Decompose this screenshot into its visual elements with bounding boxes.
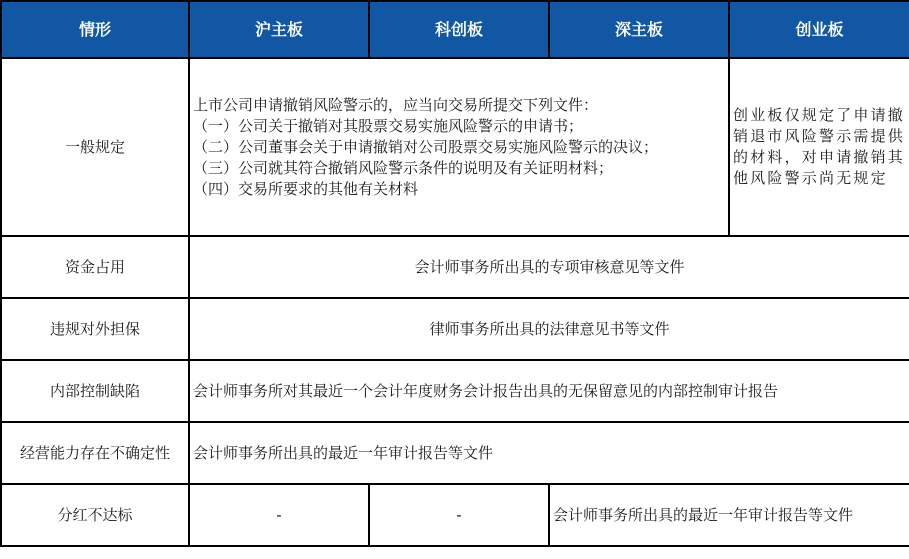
general-item-2: （二）公司董事会关于申请撤销对公司股票交易实施风险警示的决议； (193, 137, 725, 158)
header-situation: 情形 (1, 1, 189, 58)
header-sz-main-board: 深主板 (549, 1, 729, 58)
table-header-row: 情形 沪主板 科创板 深主板 创业板 (1, 1, 909, 58)
requirement-cell: 会计师事务所对其最近一个会计年度财务会计报告出具的无保留意见的内部控制审计报告 (189, 360, 909, 422)
general-item-1: （一）公司关于撤销对其股票交易实施风险警示的申请书； (193, 116, 725, 137)
header-star-market: 科创板 (369, 1, 549, 58)
situation-cell: 内部控制缺陷 (1, 360, 189, 422)
chinext-general-cell: 创业板仅规定了申请撤销退市风险警示需提供的材料，对申请撤销其他风险警示尚无规定 (729, 58, 909, 236)
table-row-internal-control: 内部控制缺陷 会计师事务所对其最近一个会计年度财务会计报告出具的无保留意见的内部… (1, 360, 909, 422)
table-row-illegal-guarantee: 违规对外担保 律师事务所出具的法律意见书等文件 (1, 298, 909, 360)
situation-cell: 违规对外担保 (1, 298, 189, 360)
situation-cell: 一般规定 (1, 58, 189, 236)
requirement-cell: 律师事务所出具的法律意见书等文件 (189, 298, 909, 360)
situation-cell: 分红不达标 (1, 484, 189, 546)
risk-warning-revocation-table: 情形 沪主板 科创板 深主板 创业板 一般规定 上市公司申请撤销风险警示的，应当… (0, 0, 909, 547)
sh-main-dividend-cell: - (189, 484, 369, 546)
general-intro: 上市公司申请撤销风险警示的，应当向交易所提交下列文件： (193, 95, 725, 116)
general-requirements-cell: 上市公司申请撤销风险警示的，应当向交易所提交下列文件： （一）公司关于撤销对其股… (189, 58, 729, 236)
table-row-general: 一般规定 上市公司申请撤销风险警示的，应当向交易所提交下列文件： （一）公司关于… (1, 58, 909, 236)
general-item-4: （四）交易所要求的其他有关材料 (193, 179, 725, 200)
header-sh-main-board: 沪主板 (189, 1, 369, 58)
general-item-3: （三）公司就其符合撤销风险警示条件的说明及有关证明材料； (193, 158, 725, 179)
table-row-dividend: 分红不达标 - - 会计师事务所出具的最近一年审计报告等文件 (1, 484, 909, 546)
situation-cell: 经营能力存在不确定性 (1, 422, 189, 484)
sz-chinext-dividend-cell: 会计师事务所出具的最近一年审计报告等文件 (549, 484, 909, 546)
star-dividend-cell: - (369, 484, 549, 546)
table-row-fund-occupation: 资金占用 会计师事务所出具的专项审核意见等文件 (1, 236, 909, 298)
table-row-going-concern: 经营能力存在不确定性 会计师事务所出具的最近一年审计报告等文件 (1, 422, 909, 484)
requirement-cell: 会计师事务所出具的最近一年审计报告等文件 (189, 422, 909, 484)
header-chinext: 创业板 (729, 1, 909, 58)
requirement-cell: 会计师事务所出具的专项审核意见等文件 (189, 236, 909, 298)
situation-cell: 资金占用 (1, 236, 189, 298)
